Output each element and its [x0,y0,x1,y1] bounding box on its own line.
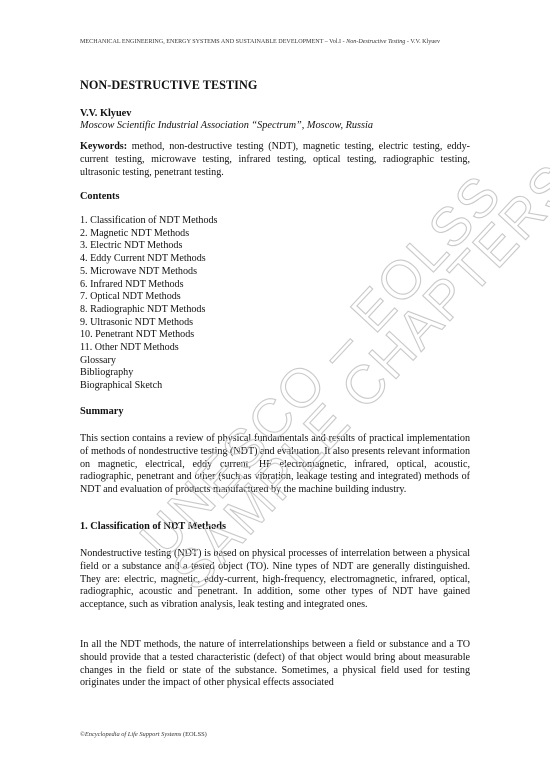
toc-item: 9. Ultrasonic NDT Methods [80,317,217,330]
watermark-line-2: SAMPLE CHAPTERS [160,152,550,602]
footer-suffix: (EOLSS) [181,731,206,738]
toc-item: 11. Other NDT Methods [80,342,217,355]
toc-item: 10. Penetrant NDT Methods [80,329,217,342]
summary-heading: Summary [80,406,123,417]
toc-item: 1. Classification of NDT Methods [80,215,217,228]
toc-item: Biographical Sketch [80,380,217,393]
table-of-contents: 1. Classification of NDT Methods 2. Magn… [80,215,217,393]
page-footer: ©Encyclopedia of Life Support Systems (E… [80,731,207,738]
toc-item: 3. Electric NDT Methods [80,240,217,253]
keywords-text: method, non-destructive testing (NDT), m… [80,141,470,178]
running-header-title: Non-Destructive Testing [346,39,405,45]
toc-item: 7. Optical NDT Methods [80,291,217,304]
summary-paragraph: This section contains a review of physic… [80,433,470,497]
section-paragraph: In all the NDT methods, the nature of in… [80,639,470,690]
section-heading: 1. Classification of NDT Methods [80,521,226,532]
keywords-paragraph: Keywords: method, non-destructive testin… [80,141,470,179]
running-header-author: - V.V. Klyuev [405,39,440,45]
contents-heading: Contents [80,191,119,202]
toc-item: 8. Radiographic NDT Methods [80,304,217,317]
toc-item: Glossary [80,355,217,368]
footer-publication: Encyclopedia of Life Support Systems [85,731,182,738]
author-affiliation: Moscow Scientific Industrial Association… [80,120,373,131]
toc-item: 4. Eddy Current NDT Methods [80,253,217,266]
section-paragraph: Nondestructive testing (NDT) is based on… [80,548,470,612]
keywords-label: Keywords: [80,141,127,152]
article-title: NON-DESTRUCTIVE TESTING [80,78,257,93]
running-header: MECHANICAL ENGINEERING, ENERGY SYSTEMS A… [80,38,470,46]
author-name: V.V. Klyuev [80,108,131,119]
toc-item: Bibliography [80,367,217,380]
toc-item: 6. Infrared NDT Methods [80,279,217,292]
toc-item: 2. Magnetic NDT Methods [80,228,217,241]
toc-item: 5. Microwave NDT Methods [80,266,217,279]
running-header-text: MECHANICAL ENGINEERING, ENERGY SYSTEMS A… [80,39,346,45]
